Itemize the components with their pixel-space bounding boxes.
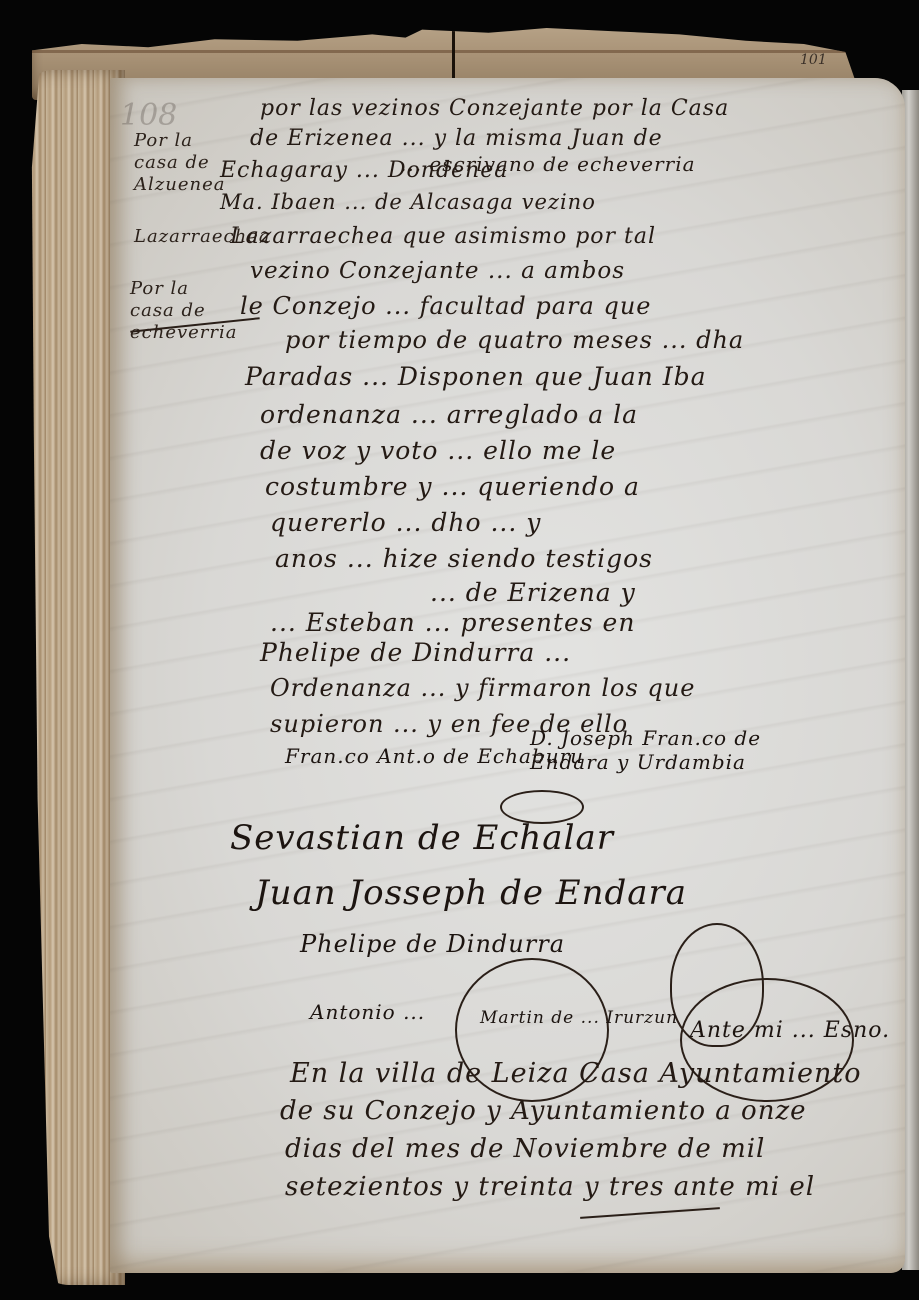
signature-antonio: Antonio ... <box>310 1000 425 1024</box>
signature-echalar: Sevastian de Echalar <box>230 818 614 858</box>
body-line-5: Ma. Ibaen ... de Alcasaga vezino <box>220 190 596 214</box>
signature-endara-urdambia: D. Joseph Fran.co de Endara y Urdambia <box>530 726 790 774</box>
manuscript-page: 108 Por la casa de Alzuenea Lazarraechea… <box>110 78 905 1273</box>
folio-number: 108 <box>120 98 177 133</box>
signature-martin-irurzun: Martin de ... Irurzun <box>480 1008 678 1028</box>
margin-note-1: Por la casa de Alzuenea <box>134 130 224 196</box>
margin-note-2: Lazarraechea <box>134 226 214 248</box>
corner-folio-label: 101 <box>800 52 827 68</box>
body-line-9: por tiempo de quatro meses ... dha <box>285 326 744 354</box>
closing-line-3: dias del mes de Noviembre de mil <box>285 1134 765 1164</box>
closing-line-2: de su Conzejo y Ayuntamiento a onze <box>280 1096 807 1126</box>
body-line-14: quererlo ... dho ... y <box>270 508 541 537</box>
photo-stage: 101 108 Por la casa de Alzuenea Lazarrae… <box>0 0 919 1300</box>
body-line-17: ... Esteban ... presentes en <box>270 608 635 637</box>
body-line-16: ... de Erizena y <box>430 578 636 607</box>
closing-line-4: setezientos y treinta y tres ante mi el <box>285 1172 815 1202</box>
signature-juan-josseph-endara: Juan Josseph de Endara <box>255 873 687 913</box>
closing-underline <box>580 1207 720 1219</box>
body-line-12: de voz y voto ... ello me le <box>260 436 616 465</box>
body-line-11: ordenanza ... arreglado a la <box>260 400 638 429</box>
body-line-1: por las vezinos Conzejante por la Casa <box>260 96 729 121</box>
body-line-8: le Conzejo ... facultad para que <box>240 292 651 320</box>
body-line-7: vezino Conzejante ... a ambos <box>250 258 625 284</box>
margin-note-3: Por la casa de echeverria <box>130 278 230 344</box>
body-line-18: Phelipe de Dindurra ... <box>260 638 571 667</box>
body-line-15: anos ... hize siendo testigos <box>275 544 653 573</box>
signature-phelipe-dindurra: Phelipe de Dindurra <box>300 930 565 958</box>
body-line-6: Lazarraechea que asimismo por tal <box>230 224 656 249</box>
closing-line-1: En la villa de Leiza Casa Ayuntamiento <box>290 1058 862 1089</box>
body-line-10: Paradas ... Disponen que Juan Iba <box>245 362 707 391</box>
body-line-19: Ordenanza ... y firmaron los que <box>270 674 695 702</box>
body-line-2: de Erizenea ... y la misma Juan de <box>250 126 663 151</box>
body-line-13: costumbre y ... queriendo a <box>265 472 640 501</box>
body-line-4: ... escrivano de echeverria <box>400 152 696 176</box>
